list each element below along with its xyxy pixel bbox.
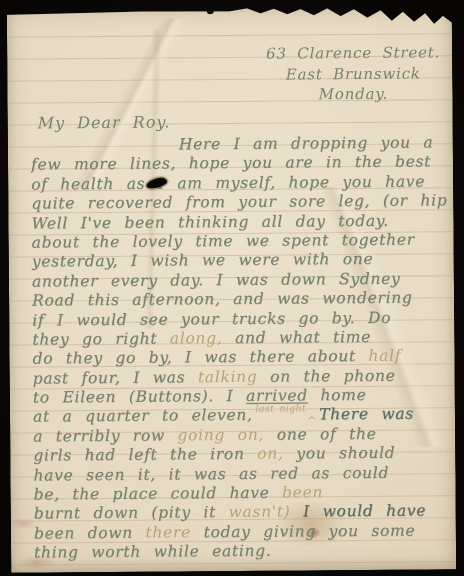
word-segment: to Eileen (Buttons). I xyxy=(33,387,246,407)
word-segment: wasn't) xyxy=(229,503,291,521)
word-segment: and what time xyxy=(222,328,371,347)
word-segment: today giving you some xyxy=(191,521,415,541)
word-segment: Road this afternoon, and was wondering xyxy=(32,289,413,310)
body-line: past four, I was talking on the phone xyxy=(33,366,450,389)
word-segment: arrived xyxy=(246,386,308,404)
body-line: have seen it, it was as red as could xyxy=(33,463,450,486)
word-segment: another every day. I was down Sydney xyxy=(32,269,401,290)
body-line: if I would see your trucks go by. Do xyxy=(32,308,449,331)
word-segment: do they go by, I was there about xyxy=(32,347,368,368)
photo-background: { "photo": { "background_color": "#07050… xyxy=(0,0,464,576)
word-segment: ^ xyxy=(307,415,317,428)
word-segment: yesterday, I wish we were with one xyxy=(32,250,374,271)
word-segment: talking xyxy=(198,367,258,385)
word-segment: there xyxy=(145,523,191,541)
address-line: East Brunswick xyxy=(259,63,447,85)
word-segment: one of the xyxy=(264,425,377,444)
body-line: thing worth while eating. xyxy=(34,540,451,563)
body-line: at a quarter to eleven,last night^There … xyxy=(33,405,450,428)
body-line: about the lovely time we spent together xyxy=(32,230,449,253)
word-segment: been down xyxy=(34,523,146,542)
word-segment: of health as I am myself, hope you have xyxy=(31,172,425,193)
word-segment: going on, xyxy=(177,426,264,445)
word-segment: have seen it, it was as red as could xyxy=(33,463,389,484)
word-segment: about the lovely time we spent together xyxy=(32,231,415,252)
word-segment: been xyxy=(282,483,323,501)
word-segment: I would have xyxy=(290,502,426,521)
address-line: 63 Clarence Street. xyxy=(259,42,447,64)
word-segment: a terribly row xyxy=(33,426,177,445)
word-segment: if I would see your trucks go by. Do xyxy=(32,308,391,329)
word-segment: Here I am dropping you a xyxy=(179,133,434,153)
word-segment: quite recovered from your sore leg, (or … xyxy=(31,191,451,212)
word-segment: girls had left the iron xyxy=(33,445,257,465)
word-segment: There was xyxy=(319,405,414,424)
body-line: been down there today giving you some xyxy=(34,521,451,544)
word-segment: Well I've been thinking all day today. xyxy=(31,211,388,232)
word-segment: half xyxy=(368,347,401,365)
word-segment: you should xyxy=(284,444,396,463)
word-segment: at a quarter to eleven, xyxy=(33,406,253,426)
letter-paper: 63 Clarence Street.East BrunswickMonday.… xyxy=(7,6,456,572)
word-segment: home xyxy=(308,386,367,404)
salutation: My Dear Roy. xyxy=(38,112,171,132)
address-line: Monday. xyxy=(259,83,447,105)
word-segment: be, the place could have xyxy=(34,484,283,504)
word-segment: on the phone xyxy=(257,366,395,385)
word-segment: last night xyxy=(255,404,306,415)
photo-frame: 63 Clarence Street.East BrunswickMonday.… xyxy=(0,0,464,576)
word-segment: burnt down (pity it xyxy=(34,503,229,523)
word-segment: on, xyxy=(257,445,283,463)
word-segment: thing worth while eating. xyxy=(34,542,271,562)
letter-body: Here I am dropping you afew more lines, … xyxy=(31,133,451,572)
word-segment: past four, I was xyxy=(33,368,198,387)
torn-speck xyxy=(207,9,214,14)
word-segment: few more lines, hope you are in the best xyxy=(31,153,431,174)
word-segment: along, xyxy=(170,329,223,347)
address-block: 63 Clarence Street.East BrunswickMonday. xyxy=(259,42,447,105)
word-segment: they go right xyxy=(32,329,170,348)
